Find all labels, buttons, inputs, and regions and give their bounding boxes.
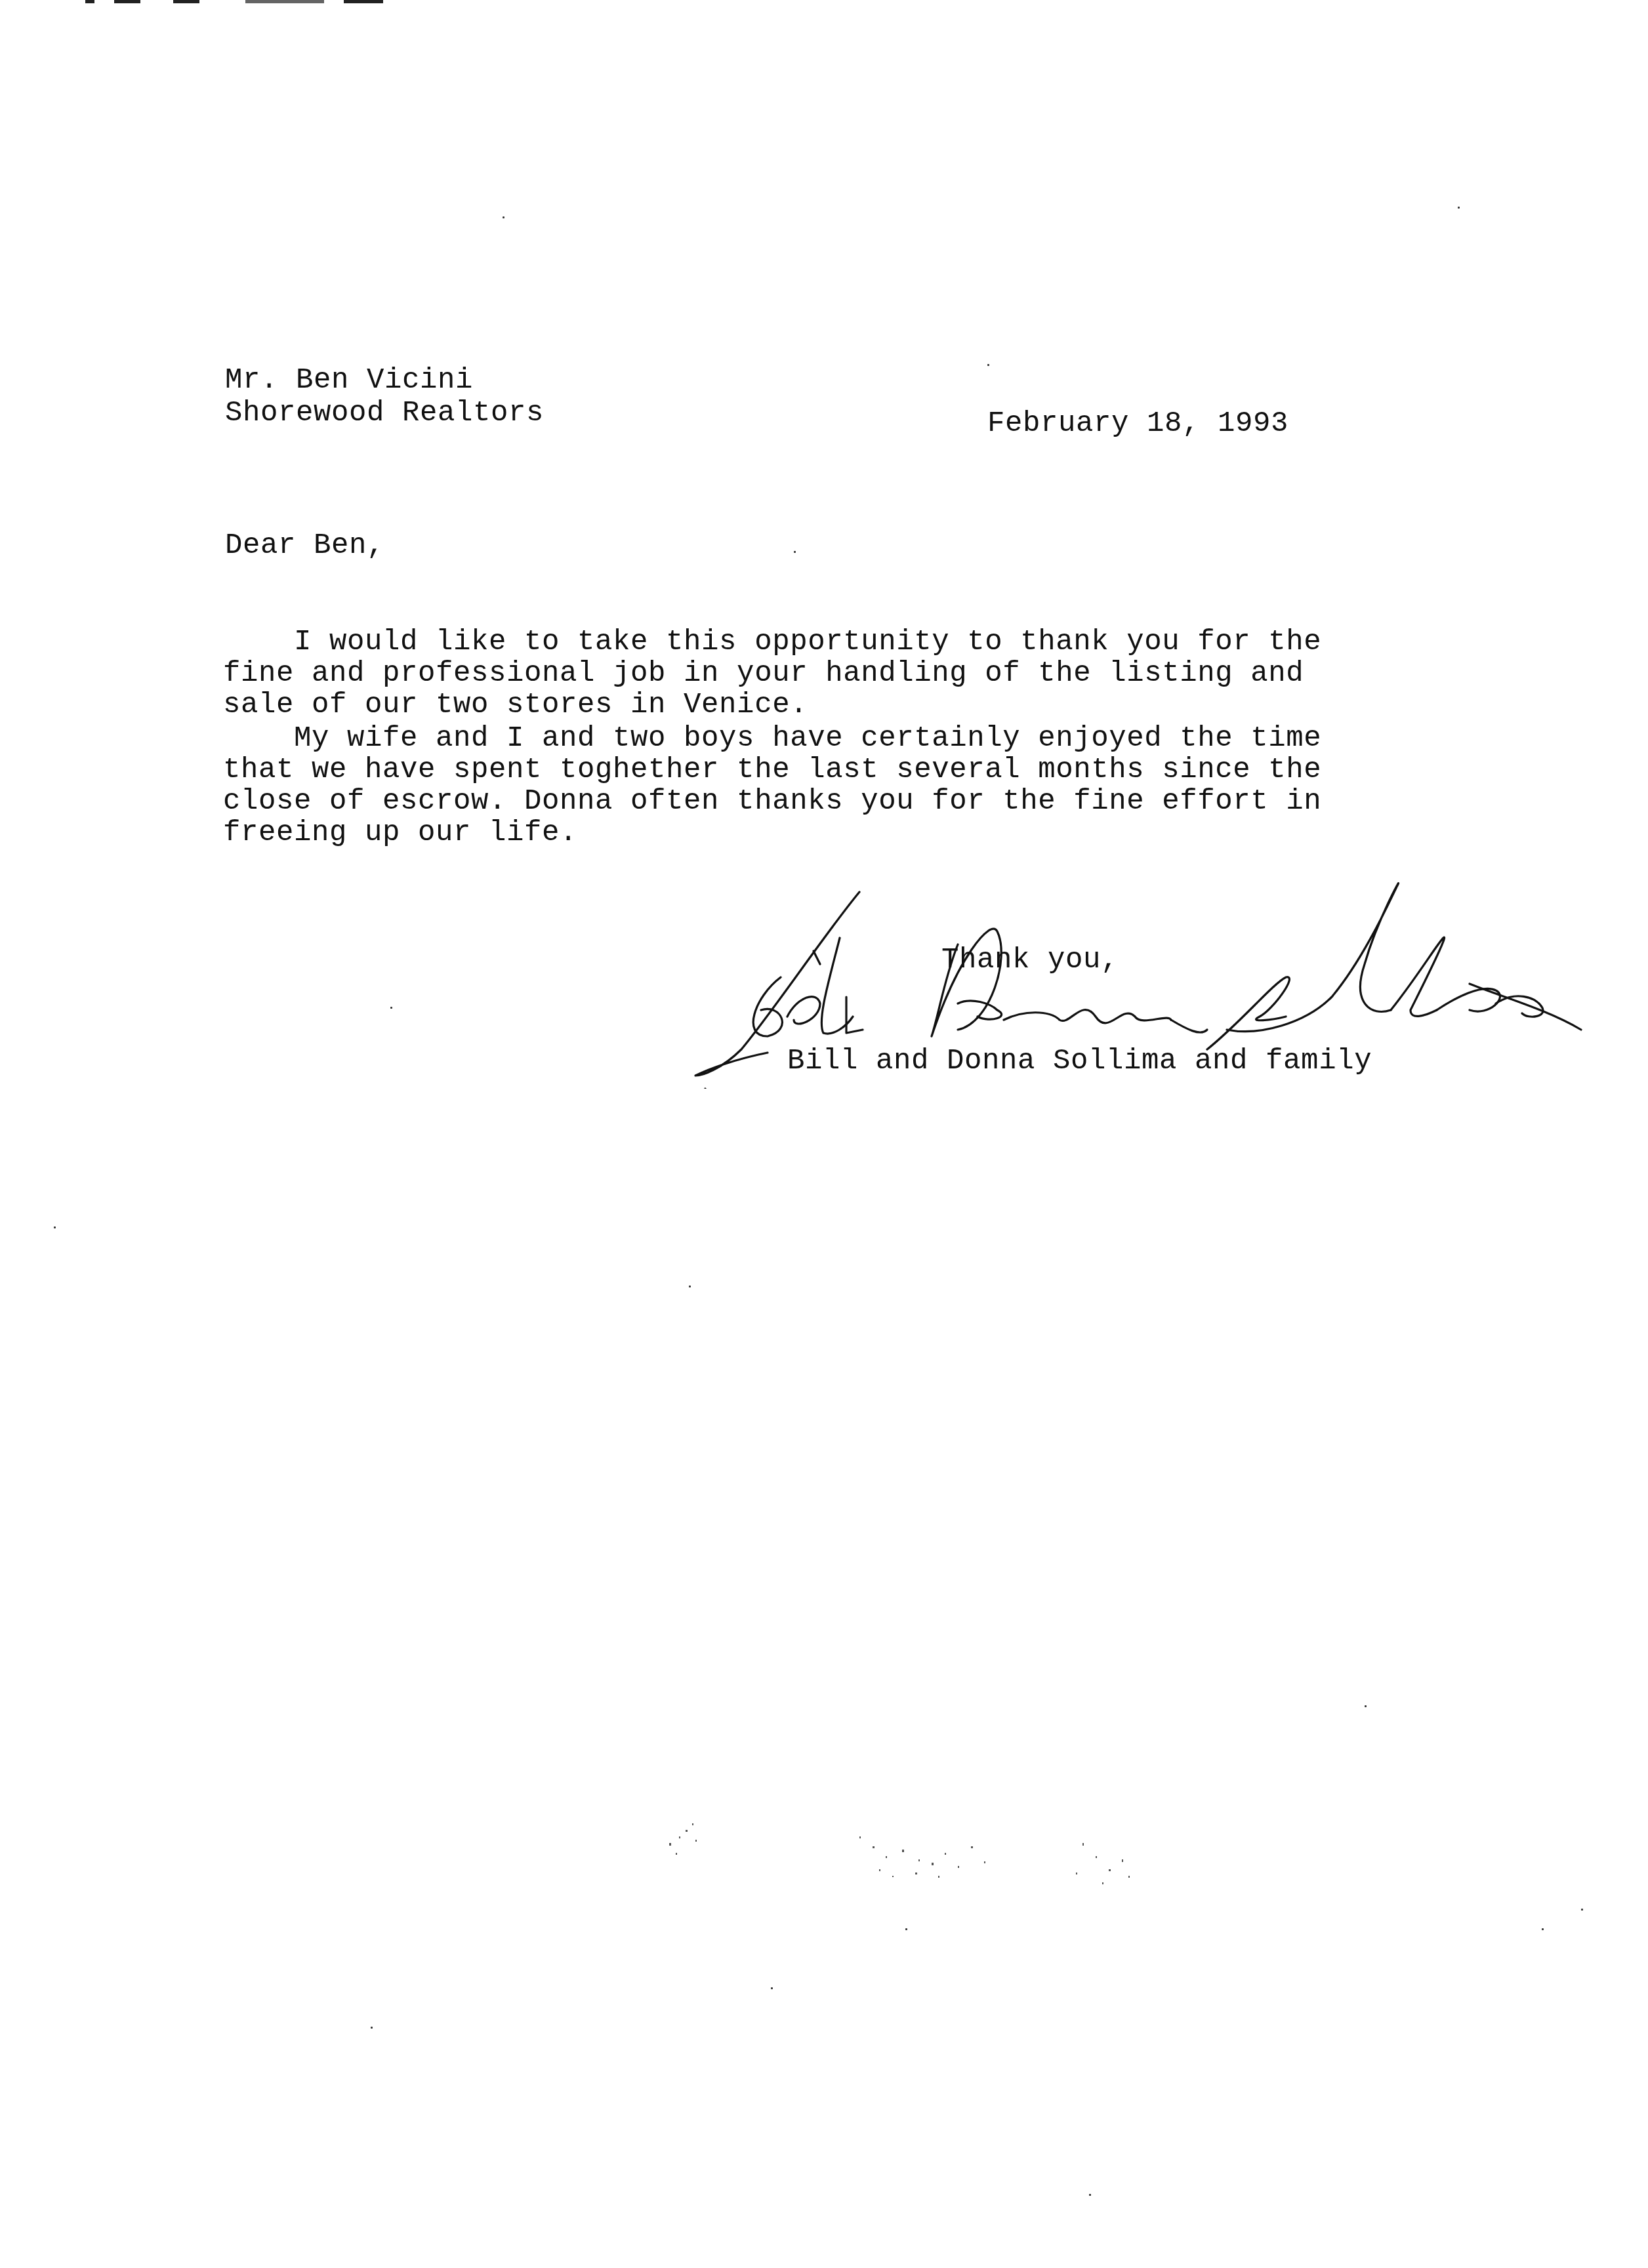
body-line: close of escrow. Donna often thanks you … <box>223 786 1321 817</box>
body-line: that we have spent toghether the last se… <box>223 754 1321 786</box>
signature-name: Bill and Donna Sollima and family <box>787 1045 1372 1077</box>
body-line: freeing up our life. <box>223 817 577 849</box>
body-line: My wife and I and two boys have certainl… <box>223 723 1321 754</box>
salutation: Dear Ben, <box>225 530 384 561</box>
recipient-company: Shorewood Realtors <box>225 397 544 429</box>
scan-noise-cluster <box>656 1810 1509 1941</box>
body-line: I would like to take this opportunity to… <box>223 626 1321 658</box>
letter-date: February 18, 1993 <box>987 408 1288 439</box>
letter-page: Mr. Ben Vicini Shorewood Realtors Februa… <box>0 0 1648 2268</box>
body-line: sale of our two stores in Venice. <box>223 689 808 721</box>
recipient-name: Mr. Ben Vicini <box>225 365 473 396</box>
top-edge-marks <box>79 0 383 4</box>
body-line: fine and professional job in your handli… <box>223 658 1304 689</box>
